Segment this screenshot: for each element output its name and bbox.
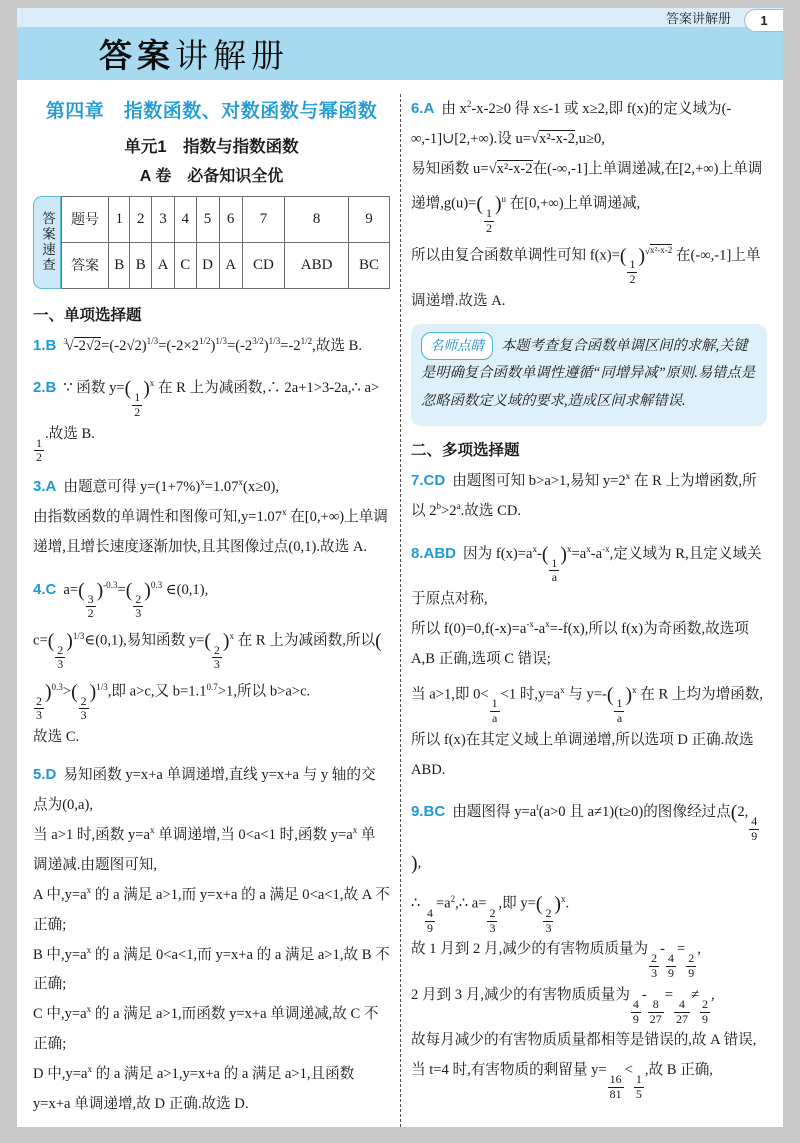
answer-quick-check: 答案速查 题号123456789答案BBACDACDABDBC xyxy=(33,196,390,289)
solution-paragraph: 由指数函数的单调性和图像可知,y=1.07x 在[0,+∞)上单调递增,且增长速… xyxy=(33,503,390,563)
solution-paragraph: 故选 C. xyxy=(33,723,390,753)
question-5: 5.D易知函数 y=x+a 单调递增,直线 y=x+a 与 y 轴的交点为(0,… xyxy=(33,760,390,1120)
question-answer-label: 8.ABD xyxy=(411,545,456,562)
booklet-title-banner: 答案讲解册 xyxy=(17,27,783,79)
answer-table-cell: 9 xyxy=(348,196,389,242)
solution-text: ∵ 函数 y=(12)x 在 R 上为减函数,∴ 2a+1>3-2a,∴ a>1… xyxy=(33,380,379,441)
booklet-title-rest: 讲解册 xyxy=(175,37,289,74)
solution-paragraph: A 中,y=ax 的 a 满足 a>1,而 y=x+a 的 a 满足 0<a<1… xyxy=(33,881,390,941)
question-1: 1.B3√-2√2=(-2√2)1/3=(-2×21/2)1/3=(-23/2)… xyxy=(33,331,390,362)
answer-table-row: 答案BBACDACDABDBC xyxy=(62,242,390,288)
solution-paragraph: 所以由复合函数单调性可知 f(x)=(12)√x²-x-2 在(-∞,-1]上单… xyxy=(411,236,767,317)
booklet-title: 答案讲解册 xyxy=(99,30,289,77)
answer-table-row-header: 答案 xyxy=(62,242,109,288)
solution-paragraph: 7.CD由题图可知 b>a>1,易知 y=2x 在 R 上为增函数,所以 2b>… xyxy=(411,466,767,527)
teacher-tip-box: 名师点睛本题考查复合函数单调区间的求解,关键是明确复合函数单调性遵循“同增异减”… xyxy=(411,324,767,427)
solution-paragraph: B 中,y=ax 的 a 满足 0<a<1,而 y=x+a 的 a 满足 a>1… xyxy=(33,941,390,1001)
unit-title: 单元1 指数与指数函数 xyxy=(33,133,390,157)
answer-table-cell: 6 xyxy=(219,196,242,242)
page-frame: 答案讲解册 1 答案讲解册 第四章 指数函数、对数函数与幂函数 单元1 指数与指… xyxy=(0,0,800,1143)
question-7: 7.CD由题图可知 b>a>1,易知 y=2x 在 R 上为增函数,所以 2b>… xyxy=(411,466,767,527)
running-header: 答案讲解册 1 xyxy=(17,8,783,27)
answer-table-row-header: 题号 xyxy=(62,196,109,242)
answer-table-cell: ABD xyxy=(285,242,349,288)
page-number-badge: 1 xyxy=(744,9,783,32)
solution-text: 由题图得 y=at(a>0 且 a≠1)(t≥0)的图像经过点(2,49), xyxy=(411,804,760,871)
solution-text: 由题图可知 b>a>1,易知 y=2x 在 R 上为增函数,所以 2b>2a.故… xyxy=(411,473,757,519)
solution-text: a=(32)-0.3=(23)0.3 ∈(0,1), xyxy=(63,582,208,598)
question-answer-label: 5.D xyxy=(33,766,56,783)
answer-table-cell: B xyxy=(109,242,130,288)
solution-paragraph: D 中,y=ax 的 a 满足 a>1,y=x+a 的 a 满足 a>1,且函数… xyxy=(33,1060,390,1120)
solution-paragraph: 6.A由 x2-x-2≥0 得 x≤-1 或 x≥2,即 f(x)的定义域为(-… xyxy=(411,94,767,155)
booklet-title-bold: 答案 xyxy=(99,37,175,74)
solution-text: 由 x2-x-2≥0 得 x≤-1 或 x≥2,即 f(x)的定义域为(-∞,-… xyxy=(411,101,731,147)
solution-text: 3√-2√2=(-2√2)1/3=(-2×21/2)1/3=(-23/2)1/3… xyxy=(63,338,362,354)
question-answer-label: 7.CD xyxy=(411,472,445,489)
answer-table-cell: 3 xyxy=(151,196,174,242)
question-2: 2.B∵ 函数 y=(12)x 在 R 上为减函数,∴ 2a+1>3-2a,∴ … xyxy=(33,369,390,466)
solution-paragraph: 2 月到 3 月,减少的有害物质质量为49-827=427≠29, xyxy=(411,981,767,1026)
answer-table-cell: B xyxy=(130,242,151,288)
chapter-title: 第四章 指数函数、对数函数与幂函数 xyxy=(33,96,390,123)
answer-table-cell: A xyxy=(219,242,242,288)
question-9: 9.BC由题图得 y=at(a>0 且 a≠1)(t≥0)的图像经过点(2,49… xyxy=(411,793,767,1102)
solution-text: 因为 f(x)=ax-(1a)x=ax-a-x,定义域为 R,且定义域关于原点对… xyxy=(411,546,762,607)
solution-paragraph: 8.ABD因为 f(x)=ax-(1a)x=ax-a-x,定义域为 R,且定义域… xyxy=(411,534,767,615)
section-heading: 一、单项选择题 xyxy=(33,303,390,325)
answer-table-cell: CD xyxy=(242,242,285,288)
solution-paragraph: 3.A由题意可得 y=(1+7%)x=1.07x(x≥0), xyxy=(33,472,390,503)
question-answer-label: 3.A xyxy=(33,478,56,495)
answer-table-cell: 4 xyxy=(175,196,196,242)
volume-title: A 卷 必备知识全优 xyxy=(33,163,390,186)
question-answer-label: 6.A xyxy=(411,100,434,117)
solution-paragraph: 当 t=4 时,有害物质的剩留量 y=1681<15,故 B 正确, xyxy=(411,1056,767,1101)
solution-paragraph: ∴ 49=a2,∴ a=23,即 y=(23)x. xyxy=(411,884,767,935)
solution-paragraph: 当 a>1,即 0<1a<1 时,y=ax 与 y=-(1a)x 在 R 上均为… xyxy=(411,675,767,726)
question-answer-label: 4.C xyxy=(33,581,56,598)
right-solutions: 6.A由 x2-x-2≥0 得 x≤-1 或 x≥2,即 f(x)的定义域为(-… xyxy=(411,94,767,1102)
solution-paragraph: 故每月减少的有害物质质量都相等是错误的,故 A 错误, xyxy=(411,1026,767,1056)
page-number: 1 xyxy=(760,13,767,28)
solution-paragraph: c=(23)1/3∈(0,1),易知函数 y=(23)x 在 R 上为减函数,所… xyxy=(33,621,390,723)
answer-table-cell: C xyxy=(175,242,196,288)
answer-table-cell: 5 xyxy=(196,196,219,242)
answer-table-cell: A xyxy=(151,242,174,288)
teacher-tip-badge: 名师点睛 xyxy=(421,332,493,360)
page: 答案讲解册 1 答案讲解册 第四章 指数函数、对数函数与幂函数 单元1 指数与指… xyxy=(17,8,783,1127)
question-answer-label: 2.B xyxy=(33,379,56,396)
answer-table-cell: D xyxy=(196,242,219,288)
question-answer-label: 9.BC xyxy=(411,803,445,820)
solution-paragraph: 易知函数 u=√x²-x-2在(-∞,-1]上单调递减,在[2,+∞)上单调递增… xyxy=(411,155,767,236)
content: 第四章 指数函数、对数函数与幂函数 单元1 指数与指数函数 A 卷 必备知识全优… xyxy=(17,80,783,1127)
solution-paragraph: 5.D易知函数 y=x+a 单调递增,直线 y=x+a 与 y 轴的交点为(0,… xyxy=(33,760,390,821)
question-8: 8.ABD因为 f(x)=ax-(1a)x=ax-a-x,定义域为 R,且定义域… xyxy=(411,534,767,786)
solution-paragraph: 所以 f(0)=0,f(-x)=a-x-ax=-f(x),所以 f(x)为奇函数… xyxy=(411,615,767,675)
solution-paragraph: 1.B3√-2√2=(-2√2)1/3=(-2×21/2)1/3=(-23/2)… xyxy=(33,331,390,362)
solution-paragraph: 所以 f(x)在其定义域上单调递增,所以选项 D 正确.故选 ABD. xyxy=(411,726,767,786)
solution-paragraph: C 中,y=ax 的 a 满足 a>1,而函数 y=x+a 单调递减,故 C 不… xyxy=(33,1000,390,1060)
solution-text: 由题意可得 y=(1+7%)x=1.07x(x≥0), xyxy=(63,479,279,495)
answer-table-cell: 8 xyxy=(285,196,349,242)
right-column: 6.A由 x2-x-2≥0 得 x≤-1 或 x≥2,即 f(x)的定义域为(-… xyxy=(400,94,777,1127)
solution-paragraph: 故 1 月到 2 月,减少的有害物质质量为23-49=29, xyxy=(411,935,767,980)
section-heading: 二、多项选择题 xyxy=(411,438,767,460)
solution-paragraph: 当 a>1 时,函数 y=ax 单调递增,当 0<a<1 时,函数 y=ax 单… xyxy=(33,821,390,881)
answer-table-cell: 2 xyxy=(130,196,151,242)
question-answer-label: 1.B xyxy=(33,337,56,354)
question-6: 6.A由 x2-x-2≥0 得 x≤-1 或 x≥2,即 f(x)的定义域为(-… xyxy=(411,94,767,317)
running-header-title: 答案讲解册 xyxy=(666,8,731,27)
answer-table-cell: BC xyxy=(348,242,389,288)
solution-paragraph: 9.BC由题图得 y=at(a>0 且 a≠1)(t≥0)的图像经过点(2,49… xyxy=(411,793,767,885)
answer-table-cell: 1 xyxy=(109,196,130,242)
answer-table-cell: 7 xyxy=(242,196,285,242)
answer-table: 题号123456789答案BBACDACDABDBC xyxy=(61,196,390,289)
solution-paragraph: 2.B∵ 函数 y=(12)x 在 R 上为减函数,∴ 2a+1>3-2a,∴ … xyxy=(33,369,390,466)
solution-text: 易知函数 y=x+a 单调递增,直线 y=x+a 与 y 轴的交点为(0,a), xyxy=(33,767,376,813)
question-3: 3.A由题意可得 y=(1+7%)x=1.07x(x≥0),由指数函数的单调性和… xyxy=(33,472,390,563)
solution-paragraph: 4.Ca=(32)-0.3=(23)0.3 ∈(0,1), xyxy=(33,570,390,621)
left-solutions: 一、单项选择题1.B3√-2√2=(-2√2)1/3=(-2×21/2)1/3=… xyxy=(33,303,390,1120)
left-column: 第四章 指数函数、对数函数与幂函数 单元1 指数与指数函数 A 卷 必备知识全优… xyxy=(23,94,400,1127)
question-4: 4.Ca=(32)-0.3=(23)0.3 ∈(0,1),c=(23)1/3∈(… xyxy=(33,570,390,753)
answer-table-row: 题号123456789 xyxy=(62,196,390,242)
answer-quick-check-label: 答案速查 xyxy=(33,196,61,289)
